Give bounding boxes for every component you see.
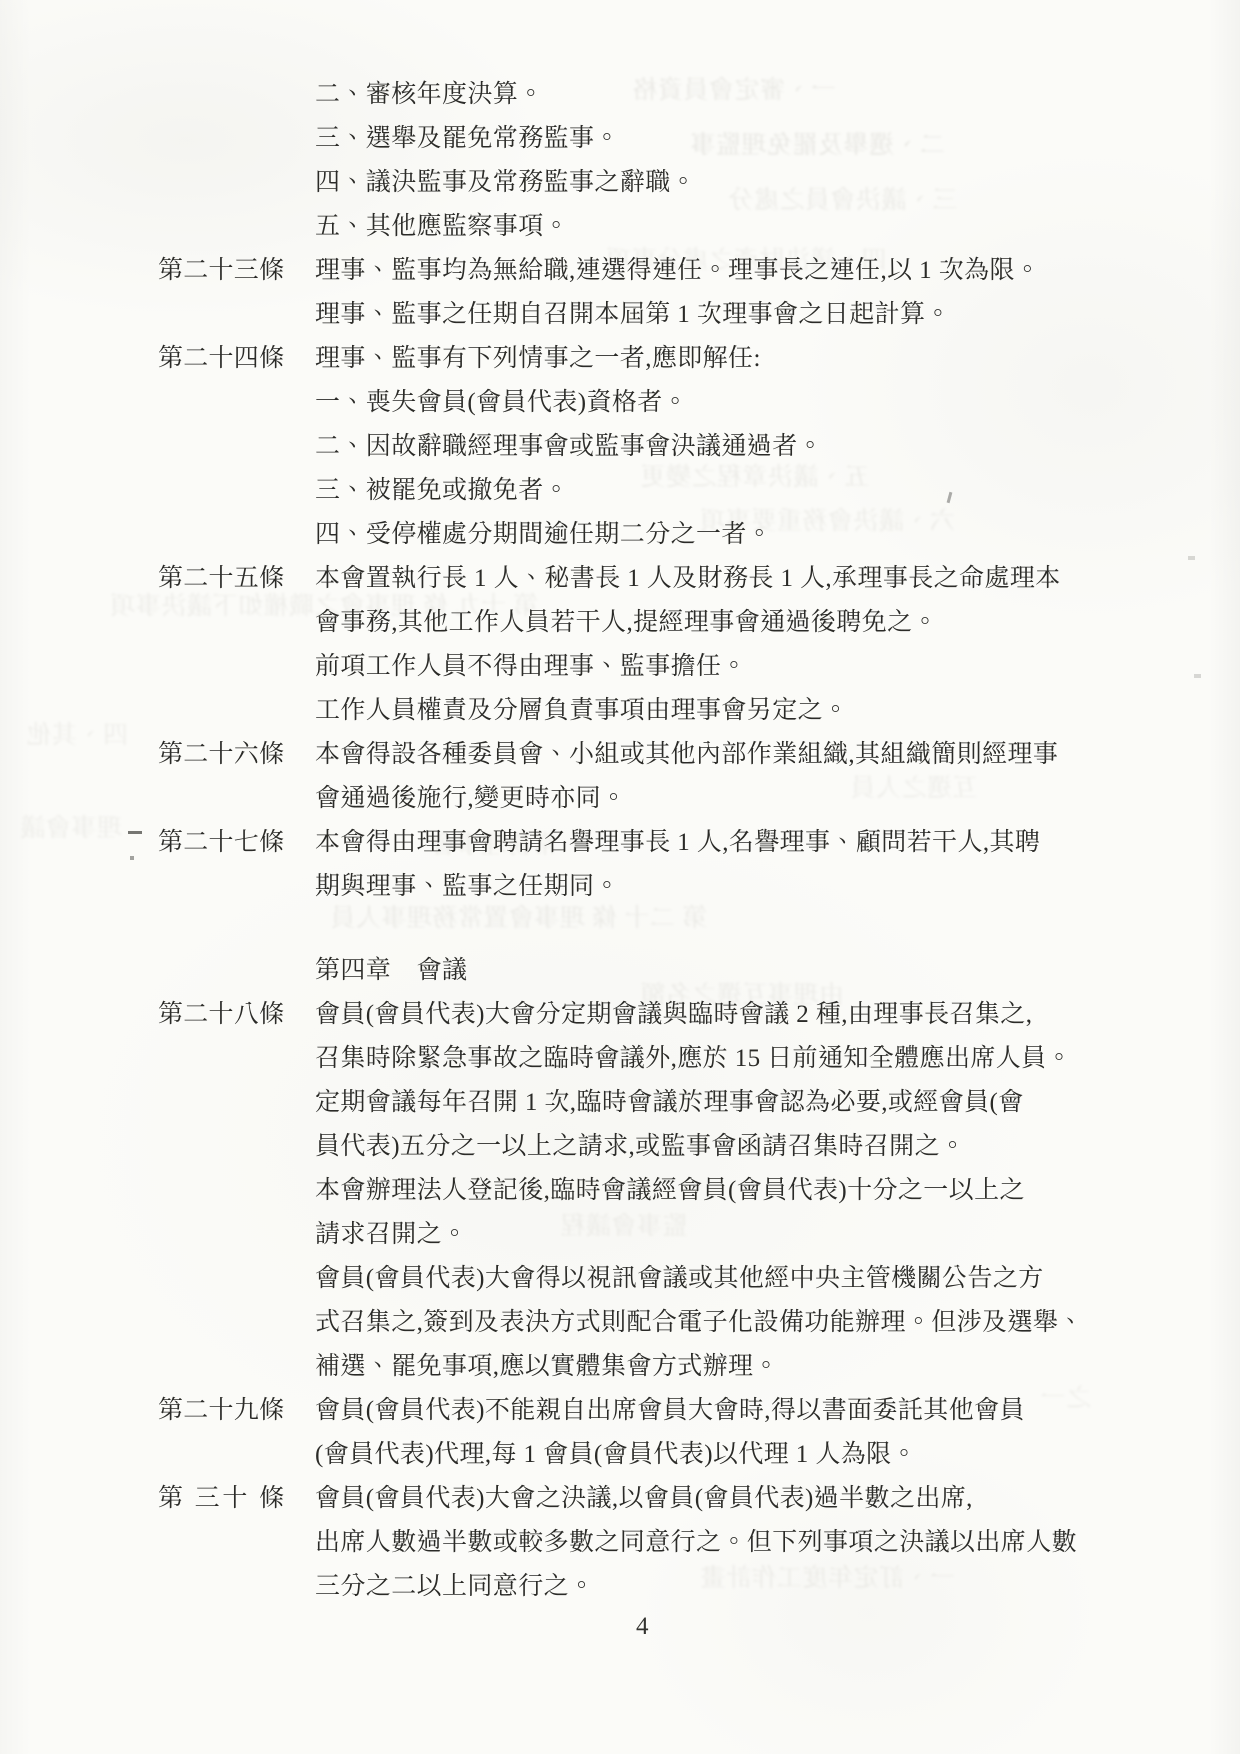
bleed-through-text: 理事會議	[20, 808, 122, 844]
text-row: 召集時除緊急事故之臨時會議外,應於 15 日前通知全體應出席人員。	[158, 1034, 1084, 1078]
document-body: 二、審核年度決算。三、選舉及罷免常務監事。四、議決監事及常務監事之辭職。五、其他…	[158, 70, 1084, 1606]
article-row: 第二十八條會員(會員代表)大會分定期會議與臨時會議 2 種,由理事長召集之,	[158, 990, 1084, 1034]
text-row: (會員代表)代理,每 1 會員(會員代表)以代理 1 人為限。	[158, 1430, 1084, 1474]
text-line: 會事務,其他工作人員若干人,提經理事會通過後聘免之。	[315, 602, 938, 638]
text-line: 會通過後施行,變更時亦同。	[315, 778, 626, 814]
text-line: 員代表)五分之一以上之請求,或監事會函請召集時召開之。	[315, 1126, 965, 1162]
text-line: 本會得由理事會聘請名譽理事長 1 人,名譽理事、顧問若干人,其聘	[315, 822, 1040, 858]
text-line: 會員(會員代表)大會得以視訊會議或其他經中央主管機關公告之方	[315, 1258, 1044, 1294]
text-row: 定期會議每年召開 1 次,臨時會議於理事會認為必要,或經會員(會	[158, 1078, 1084, 1122]
text-row: 前項工作人員不得由理事、監事擔任。	[158, 642, 1084, 686]
text-line: 會員(會員代表)大會分定期會議與臨時會議 2 種,由理事長召集之,	[315, 994, 1032, 1030]
scan-speck	[1188, 556, 1195, 560]
article-row: 第二十七條本會得由理事會聘請名譽理事長 1 人,名譽理事、顧問若干人,其聘	[158, 818, 1084, 862]
text-row: 請求召開之。	[158, 1210, 1084, 1254]
text-row: 式召集之,簽到及表決方式則配合電子化設備功能辦理。但涉及選舉、	[158, 1298, 1084, 1342]
article-row: 第二十九條會員(會員代表)不能親自出席會員大會時,得以書面委託其他會員	[158, 1386, 1084, 1430]
text-line: 四、受停權處分期間逾任期二分之一者。	[315, 514, 772, 550]
text-row: 四、議決監事及常務監事之辭職。	[158, 158, 1084, 202]
text-row: 會通過後施行,變更時亦同。	[158, 774, 1084, 818]
chapter-heading: 第四章 會議	[315, 950, 467, 986]
article-row: 第二十六條本會得設各種委員會、小組或其他內部作業組織,其組織簡則經理事	[158, 730, 1084, 774]
text-row: 二、審核年度決算。	[158, 70, 1084, 114]
scan-speck	[1194, 674, 1201, 678]
text-line: 理事、監事之任期自召開本屆第 1 次理事會之日起計算。	[315, 294, 951, 330]
text-line: 一、喪失會員(會員代表)資格者。	[315, 382, 688, 418]
document-page: 一、審定會員資格二、選舉及罷免理監事三、議決會員之處分四、議決財產之處分事項五、…	[0, 0, 1240, 1754]
text-row: 四、受停權處分期間逾任期二分之一者。	[158, 510, 1084, 554]
text-row: 會員(會員代表)大會得以視訊會議或其他經中央主管機關公告之方	[158, 1254, 1084, 1298]
text-line: 補選、罷免事項,應以實體集會方式辦理。	[315, 1346, 779, 1382]
text-row: 員代表)五分之一以上之請求,或監事會函請召集時召開之。	[158, 1122, 1084, 1166]
article-number: 第 三十 條	[158, 1478, 284, 1514]
article-number: 第二十八條	[158, 994, 284, 1030]
text-line: 召集時除緊急事故之臨時會議外,應於 15 日前通知全體應出席人員。	[315, 1038, 1072, 1074]
text-row: 二、因故辭職經理事會或監事會決議通過者。	[158, 422, 1084, 466]
text-line: 出席人數過半數或較多數之同意行之。但下列事項之決議以出席人數	[315, 1522, 1077, 1558]
text-line: 會員(會員代表)不能親自出席會員大會時,得以書面委託其他會員	[315, 1390, 1025, 1426]
article-row: 第二十五條本會置執行長 1 人、秘書長 1 人及財務長 1 人,承理事長之命處理…	[158, 554, 1084, 598]
article-number: 第二十四條	[158, 338, 284, 374]
text-row: 出席人數過半數或較多數之同意行之。但下列事項之決議以出席人數	[158, 1518, 1084, 1562]
text-line: 前項工作人員不得由理事、監事擔任。	[315, 646, 747, 682]
scan-speck	[130, 856, 134, 860]
article-number: 第二十三條	[158, 250, 284, 286]
text-line: 三、選舉及罷免常務監事。	[315, 118, 620, 154]
article-row: 第 三十 條會員(會員代表)大會之決議,以會員(會員代表)過半數之出席,	[158, 1474, 1084, 1518]
text-line: 二、因故辭職經理事會或監事會決議通過者。	[315, 426, 823, 462]
text-line: 三分之二以上同意行之。	[315, 1566, 594, 1602]
text-line: 請求召開之。	[315, 1214, 467, 1250]
text-line: 式召集之,簽到及表決方式則配合電子化設備功能辦理。但涉及選舉、	[315, 1302, 1084, 1338]
text-row: 三、被罷免或撤免者。	[158, 466, 1084, 510]
text-line: 三、被罷免或撤免者。	[315, 470, 569, 506]
article-row: 第二十三條理事、監事均為無給職,連選得連任。理事長之連任,以 1 次為限。	[158, 246, 1084, 290]
text-line: 定期會議每年召開 1 次,臨時會議於理事會認為必要,或經會員(會	[315, 1082, 1024, 1118]
text-line: 本會辦理法人登記後,臨時會議經會員(會員代表)十分之一以上之	[315, 1170, 1025, 1206]
article-row: 第二十四條理事、監事有下列情事之一者,應即解任:	[158, 334, 1084, 378]
text-line: (會員代表)代理,每 1 會員(會員代表)以代理 1 人為限。	[315, 1434, 917, 1470]
text-line: 四、議決監事及常務監事之辭職。	[315, 162, 696, 198]
text-line: 二、審核年度決算。	[315, 74, 544, 110]
text-line: 本會置執行長 1 人、秘書長 1 人及財務長 1 人,承理事長之命處理本	[315, 558, 1061, 594]
text-row: 本會辦理法人登記後,臨時會議經會員(會員代表)十分之一以上之	[158, 1166, 1084, 1210]
bleed-through-text: 四、其他	[26, 715, 128, 751]
article-number: 第二十五條	[158, 558, 284, 594]
text-row: 五、其他應監察事項。	[158, 202, 1084, 246]
text-line: 本會得設各種委員會、小組或其他內部作業組織,其組織簡則經理事	[315, 734, 1058, 770]
page-number: 4	[636, 1613, 649, 1641]
article-number: 第二十九條	[158, 1390, 284, 1426]
text-line: 五、其他應監察事項。	[315, 206, 569, 242]
chapter-heading-row: 第四章 會議	[158, 946, 1084, 990]
text-row: 理事、監事之任期自召開本屆第 1 次理事會之日起計算。	[158, 290, 1084, 334]
text-row: 三、選舉及罷免常務監事。	[158, 114, 1084, 158]
text-line: 工作人員權責及分層負責事項由理事會另定之。	[315, 690, 848, 726]
text-row: 一、喪失會員(會員代表)資格者。	[158, 378, 1084, 422]
article-number: 第二十七條	[158, 822, 284, 858]
text-row: 三分之二以上同意行之。	[158, 1562, 1084, 1606]
text-line: 會員(會員代表)大會之決議,以會員(會員代表)過半數之出席,	[315, 1478, 973, 1514]
text-line: 理事、監事均為無給職,連選得連任。理事長之連任,以 1 次為限。	[315, 250, 1040, 286]
text-line: 期與理事、監事之任期同。	[315, 866, 620, 902]
text-row: 期與理事、監事之任期同。	[158, 862, 1084, 906]
text-row: 補選、罷免事項,應以實體集會方式辦理。	[158, 1342, 1084, 1386]
text-row: 工作人員權責及分層負責事項由理事會另定之。	[158, 686, 1084, 730]
text-row: 會事務,其他工作人員若干人,提經理事會通過後聘免之。	[158, 598, 1084, 642]
article-number: 第二十六條	[158, 734, 284, 770]
text-line: 理事、監事有下列情事之一者,應即解任:	[315, 338, 761, 374]
scan-speck	[128, 831, 142, 834]
